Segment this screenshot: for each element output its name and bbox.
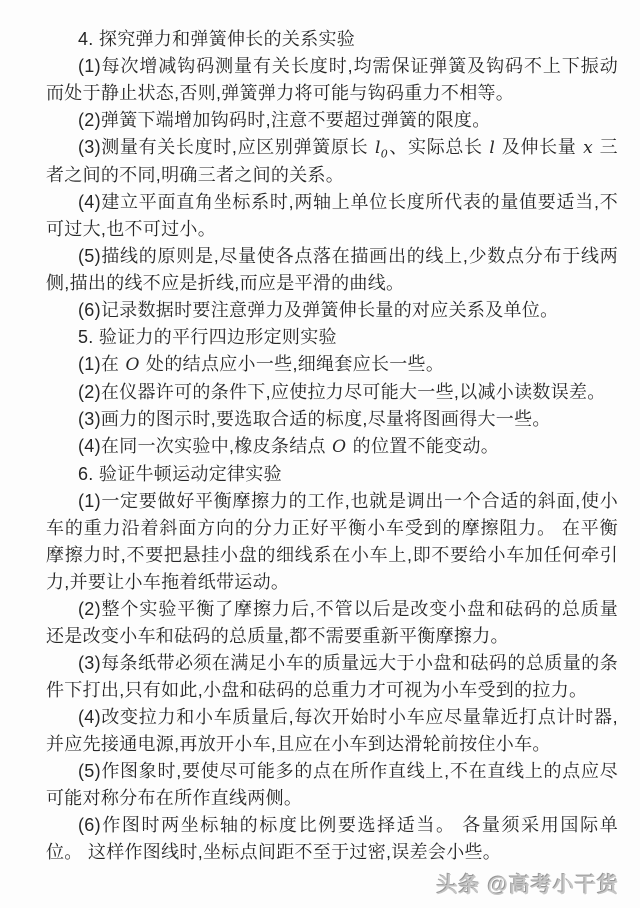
math-variable: l [488,138,496,158]
math-variable: l0 [374,138,389,158]
document-page: 4. 探究弹力和弹簧伸长的关系实验(1)每次增减钩码测量有关长度时,均需保证弹簧… [0,0,640,908]
note-item: (4)在同一次实验中,橡皮条结点 O 的位置不能变动。 [46,433,618,461]
note-item: (2)整个实验平衡了摩擦力后,不管以后是改变小盘和砝码的总质量还是改变小车和砝码… [46,596,618,650]
note-item: (4)改变拉力和小车质量后,每次开始时小车应尽量靠近打点计时器,并应先接通电源,… [46,704,618,758]
math-variable: O [331,437,347,457]
note-item: (6)作图时两坐标轴的标度比例要选择适当。 各量须采用国际单位。 这样作图线时,… [46,812,618,866]
section-heading: 5. 验证力的平行四边形定则实验 [46,324,618,351]
section-heading: 6. 验证牛顿运动定律实验 [46,461,618,488]
note-item: (3)每条纸带必须在满足小车的质量远大于小盘和砝码的总质量的条件下打出,只有如此… [46,650,618,704]
document-body: 4. 探究弹力和弹簧伸长的关系实验(1)每次增减钩码测量有关长度时,均需保证弹簧… [46,26,618,866]
note-item: (2)在仪器许可的条件下,应使拉力尽可能大一些,以减小读数误差。 [46,379,618,406]
note-item: (1)在 O 处的结点应小一些,细绳套应长一些。 [46,351,618,379]
note-item: (5)描线的原则是,尽量使各点落在描画出的线上,少数点分布于线两侧,描出的线不应… [46,243,618,297]
note-item: (3)画力的图示时,要选取合适的标度,尽量将图画得大一些。 [46,406,618,433]
note-item: (1)每次增减钩码测量有关长度时,均需保证弹簧及钩码不上下振动而处于静止状态,否… [46,53,618,107]
note-item: (3)测量有关长度时,应区别弹簧原长 l0、实际总长 l 及伸长量 x 三者之间… [46,134,618,189]
math-subscript: 0 [381,147,388,160]
note-item: (5)作图象时,要使尽可能多的点在所作直线上,不在直线上的点应尽可能对称分布在所… [46,758,618,812]
math-variable: x [582,138,594,158]
watermark: 头条 @高考小干货 [437,869,619,899]
section-heading: 4. 探究弹力和弹簧伸长的关系实验 [46,26,618,53]
note-item: (2)弹簧下端增加钩码时,注意不要超过弹簧的限度。 [46,107,618,134]
note-item: (4)建立平面直角坐标系时,两轴上单位长度所代表的量值要适当,不可过大,也不可过… [46,189,618,243]
note-item: (6)记录数据时要注意弹力及弹簧伸长量的对应关系及单位。 [46,297,618,324]
note-item: (1)一定要做好平衡摩擦力的工作,也就是调出一个合适的斜面,使小车的重力沿着斜面… [46,488,618,596]
math-variable: O [125,355,141,375]
